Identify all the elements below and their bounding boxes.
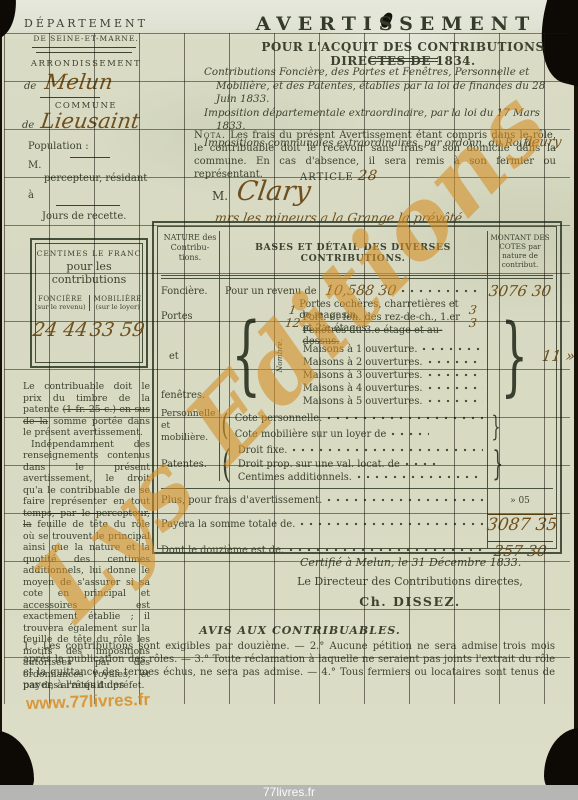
row-text: Payera la somme totale de.	[161, 519, 295, 530]
note-text: Indépendamment des renseignements conten…	[23, 439, 150, 508]
nombre-vertical-label: Nombre.	[275, 339, 284, 372]
avis-body: 1.° Les contributions sont exigibles par…	[23, 640, 555, 692]
director-line: Le Directeur des Contributions directes,	[260, 575, 560, 588]
divider	[40, 97, 100, 98]
m-label: M.	[212, 189, 228, 203]
fonciere-col-sub: (sur le revenu)	[33, 303, 88, 311]
percepteur-label: percepteur, résidant	[44, 173, 147, 184]
row-text: Plus, pour frais d'avertissement.	[161, 495, 322, 506]
col-header-bases: BASES ET DÉTAIL DES DIVERSES CONTRIBUTIO…	[219, 242, 487, 264]
avis-title: AVIS AUX CONTRIBUABLES.	[90, 624, 510, 637]
subrow-label: Droit fixe.	[238, 445, 288, 456]
arrondissement-handwriting: Melun	[44, 70, 115, 94]
page-subtitle: POUR L'ACQUIT DES CONTRIBUTIONS DIRECTES…	[238, 40, 568, 68]
table-subrow: Droit fixe.	[234, 444, 487, 458]
table-section-portes-fenetres: Portes et fenêtres. { Nombre. 1 Portes c…	[161, 303, 553, 409]
subrow-label: Centimes additionnels.	[238, 472, 352, 483]
row-label: Portes	[161, 311, 219, 322]
table-subrow: Maisons à 2 ouvertures.	[285, 356, 487, 369]
page-title: AVERTISSEMENT	[230, 13, 562, 35]
dotted-leader	[289, 548, 483, 552]
revenue-handwriting: 10,588 30	[323, 283, 397, 299]
nota-label: Nota.	[194, 130, 226, 141]
value-handwriting: 3	[468, 303, 478, 317]
subrow-label: Maisons à 3 ouvertures.	[303, 370, 423, 381]
table-section-personnelle-mobiliere: Personnelle et mobilière. ( Cote personn…	[161, 409, 553, 443]
dotted-leader	[327, 416, 483, 420]
dotted-leader	[292, 448, 483, 452]
table-subrow: Maisons à 3 ouvertures.	[285, 369, 487, 382]
row-label: et	[161, 351, 219, 362]
divider	[56, 205, 120, 206]
taxpayer-name-handwriting: Clary	[235, 176, 313, 207]
dotted-leader	[428, 386, 484, 390]
caption-bar: 77livres.fr	[0, 785, 578, 800]
commune-row: de Lieusaint	[22, 109, 152, 133]
dotted-leader	[327, 498, 483, 502]
left-brace: {	[231, 303, 261, 409]
table-subrow: Droit prop. sur une val. locat. de	[234, 457, 487, 471]
right-brace: }	[492, 444, 503, 484]
dotted-leader	[357, 475, 483, 479]
left-paren: (	[221, 409, 228, 443]
row-label: Foncière.	[161, 286, 219, 297]
population-label: Population :	[28, 141, 89, 152]
dotted-leader	[300, 522, 483, 526]
row-text: Pour un revenu de	[225, 286, 317, 297]
subrow-label: Maisons à 5 ouvertures.	[303, 396, 423, 407]
centimes-le-franc-box: CENTIMES LE FRANC pour les contributions…	[30, 238, 148, 368]
dotted-leader	[391, 432, 429, 436]
count-handwriting: 12	[284, 316, 301, 330]
note-paragraph-1: Le contribuable doit le prix du timbre d…	[23, 381, 150, 439]
a-label: à	[28, 190, 34, 201]
subrow-label: Cote mobilière sur un loyer de	[235, 429, 387, 440]
dotted-leader	[428, 373, 484, 377]
portes-fenetres-amount-handwriting: 11 »	[540, 347, 576, 365]
subrow-label: Maisons à 1 ouverture.	[303, 344, 418, 355]
row-label: fenêtres.	[161, 390, 219, 401]
table-row-frais: Plus, pour frais d'avertissement. » 05	[161, 490, 553, 511]
table-body: Foncière. Pour un revenu de 10,588 30 30…	[161, 279, 553, 563]
table-subrow: Maisons à 5 ouvertures.	[285, 395, 487, 408]
subrow-label: Maisons à 4 ouvertures.	[303, 383, 423, 394]
total-amount-handwriting: 3087 35	[486, 515, 559, 535]
mobiliere-col-sub: (sur le loyer)	[91, 303, 146, 311]
divider	[370, 58, 438, 62]
de-label: de	[22, 120, 34, 131]
table-subrow: Cote personnelle.	[231, 410, 487, 426]
fonciere-amount-handwriting: 3076 30	[488, 282, 553, 300]
table-row-total: Payera la somme totale de. 3087 35	[161, 511, 553, 537]
frais-amount: » 05	[487, 496, 553, 506]
centimes-columns: FONCIÈRE (sur le revenu) MOBILIÈRE (sur …	[32, 295, 146, 311]
col-header-nature: NATURE des Contribu- tions.	[161, 231, 219, 275]
mobiliere-col-title: MOBILIÈRE	[91, 295, 146, 303]
arrondissement-row: de Melun	[24, 70, 150, 94]
table-subrow: Maisons à 4 ouvertures.	[285, 382, 487, 395]
taxpayer-row: M. Clary mrs les mineurs a la Grange la …	[212, 176, 562, 226]
dotted-leader	[428, 360, 484, 364]
signature: Ch. DISSEZ.	[300, 594, 520, 609]
fonciere-centimes-handwriting: 24 44	[32, 319, 89, 341]
row-label: Personnelle	[161, 408, 219, 420]
arrondissement-label: ARRONDISSEMENT	[22, 59, 150, 69]
dotted-leader	[401, 289, 483, 293]
commune-handwriting: Lieusaint	[40, 109, 142, 133]
row-label: et mobilière.	[161, 420, 219, 444]
mobiliere-centimes-handwriting: 33 59	[89, 319, 146, 341]
divider	[36, 52, 132, 53]
subrow-label: Droit prop. sur une val. locat. de	[238, 459, 400, 470]
certification-line: Certifié à Melun, le 31 Décembre 1833.	[300, 556, 562, 569]
divider	[70, 157, 110, 158]
left-paren: (	[222, 443, 231, 485]
divider	[32, 47, 136, 48]
row-text: Dont le douzième est de.	[161, 545, 284, 556]
subrow-label: Cote personnelle.	[235, 413, 323, 424]
photo-of-document: DÉPARTEMENT DE SEINE-ET-MARNE. ARRONDISS…	[0, 0, 578, 800]
table-subrow: Cote mobilière sur un loyer de	[231, 426, 487, 442]
dotted-leader	[405, 462, 435, 466]
col-header-montant: MONTANT DES COTES par nature de contribu…	[487, 231, 553, 275]
subrow-label: Maisons à 2 ouvertures.	[303, 357, 423, 368]
jours-de-recette-label: Jours de recette.	[42, 211, 126, 222]
department-title: DÉPARTEMENT	[22, 17, 150, 30]
table-subrow: Centimes additionnels.	[234, 471, 487, 485]
department-subtitle: DE SEINE-ET-MARNE.	[22, 34, 150, 43]
centimes-subtitle: pour les contributions	[32, 260, 146, 286]
table-section-patentes: Patentes. ( Droit fixe. Droit prop. sur …	[161, 443, 553, 485]
count-handwriting: 1	[284, 303, 297, 317]
divider	[161, 488, 553, 489]
centimes-title: CENTIMES LE FRANC	[32, 249, 146, 258]
de-label: de	[24, 81, 36, 92]
m-label: M.	[28, 160, 41, 171]
row-label: Patentes.	[161, 459, 219, 470]
right-brace: }	[501, 306, 528, 406]
dotted-leader	[428, 399, 484, 403]
dotted-leader	[422, 347, 483, 351]
table-subrow: Fenêtres du 3.e étage et au-dessus.	[285, 329, 487, 342]
right-brace: }	[491, 410, 500, 443]
intro-line-1: Contributions Foncière, des Portes et Fe…	[203, 66, 569, 107]
fonciere-col-title: FONCIÈRE	[33, 295, 88, 303]
contributions-table: NATURE des Contribu- tions. BASES ET DÉT…	[152, 221, 562, 554]
